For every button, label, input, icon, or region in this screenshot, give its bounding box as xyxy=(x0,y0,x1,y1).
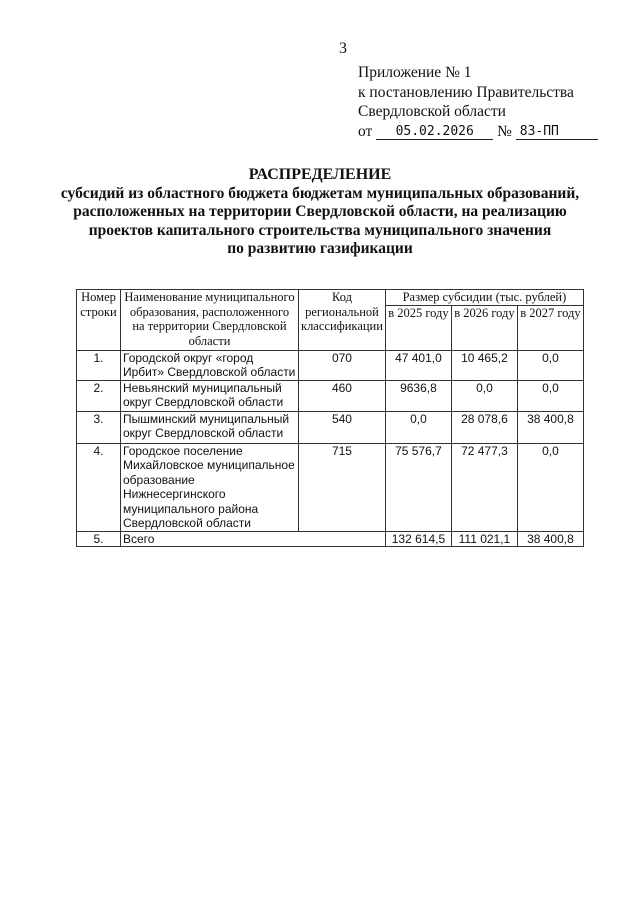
number-prefix: № xyxy=(497,123,512,140)
header-2026: в 2026 году xyxy=(451,305,517,350)
header-2025: в 2025 году xyxy=(385,305,451,350)
row-code: 070 xyxy=(299,350,386,380)
row-name: Городское поселение Михайловское муницип… xyxy=(121,443,299,531)
table-row: 3. Пышминский муниципальный округ Свердл… xyxy=(77,411,584,443)
appendix-resolution: к постановлению Правительства xyxy=(358,83,598,103)
page-number: 3 xyxy=(339,40,347,58)
header-code: Код региональной классификации xyxy=(299,290,386,351)
appendix-block: Приложение № 1 к постановлению Правитель… xyxy=(358,63,598,141)
title-line-4: по развитию газификации xyxy=(40,240,600,259)
header-subsidy-group: Размер субсидии (тыс. рублей) xyxy=(385,290,583,306)
table-row: 1. Городской округ «город Ирбит» Свердло… xyxy=(77,350,584,380)
number-value: 83-ПП xyxy=(516,124,598,140)
title-line-1: субсидий из областного бюджета бюджетам … xyxy=(40,185,600,204)
row-2027: 0,0 xyxy=(517,443,583,531)
title-line-3: проектов капитального строительства муни… xyxy=(40,222,600,241)
row-name: Пышминский муниципальный округ Свердловс… xyxy=(121,411,299,443)
total-2026: 111 021,1 xyxy=(451,531,517,547)
header-name: Наименование муниципального образования,… xyxy=(121,290,299,351)
total-2025: 132 614,5 xyxy=(385,531,451,547)
row-num: 1. xyxy=(77,350,121,380)
row-code: 715 xyxy=(299,443,386,531)
header-2027: в 2027 году xyxy=(517,305,583,350)
row-2026: 0,0 xyxy=(451,380,517,411)
row-2027: 38 400,8 xyxy=(517,411,583,443)
document-title: РАСПРЕДЕЛЕНИЕ субсидий из областного бюд… xyxy=(40,166,600,259)
row-2026: 10 465,2 xyxy=(451,350,517,380)
header-num: Номер строки xyxy=(77,290,121,351)
row-num: 3. xyxy=(77,411,121,443)
row-num: 4. xyxy=(77,443,121,531)
table-row: 4. Городское поселение Михайловское муни… xyxy=(77,443,584,531)
row-name: Городской округ «город Ирбит» Свердловск… xyxy=(121,350,299,380)
row-name: Невьянский муниципальный округ Свердловс… xyxy=(121,380,299,411)
row-code: 460 xyxy=(299,380,386,411)
row-2027: 0,0 xyxy=(517,350,583,380)
appendix-date-number: от 05.02.2026 № 83-ПП xyxy=(358,122,598,142)
row-num: 2. xyxy=(77,380,121,411)
row-2026: 72 477,3 xyxy=(451,443,517,531)
total-label: Всего xyxy=(121,531,386,547)
row-2025: 0,0 xyxy=(385,411,451,443)
row-2026: 28 078,6 xyxy=(451,411,517,443)
row-code: 540 xyxy=(299,411,386,443)
table-header-row: Номер строки Наименование муниципального… xyxy=(77,290,584,306)
appendix-title: Приложение № 1 xyxy=(358,63,598,83)
date-value: 05.02.2026 xyxy=(376,124,493,140)
row-2025: 9636,8 xyxy=(385,380,451,411)
title-main: РАСПРЕДЕЛЕНИЕ xyxy=(40,166,600,185)
table-total-row: 5. Всего 132 614,5 111 021,1 38 400,8 xyxy=(77,531,584,547)
total-num: 5. xyxy=(77,531,121,547)
appendix-region: Свердловской области xyxy=(358,102,598,122)
subsidy-table: Номер строки Наименование муниципального… xyxy=(76,289,584,547)
row-2027: 0,0 xyxy=(517,380,583,411)
title-line-2: расположенных на территории Свердловской… xyxy=(40,203,600,222)
row-2025: 75 576,7 xyxy=(385,443,451,531)
table-row: 2. Невьянский муниципальный округ Свердл… xyxy=(77,380,584,411)
total-2027: 38 400,8 xyxy=(517,531,583,547)
date-prefix: от xyxy=(358,123,372,140)
row-2025: 47 401,0 xyxy=(385,350,451,380)
